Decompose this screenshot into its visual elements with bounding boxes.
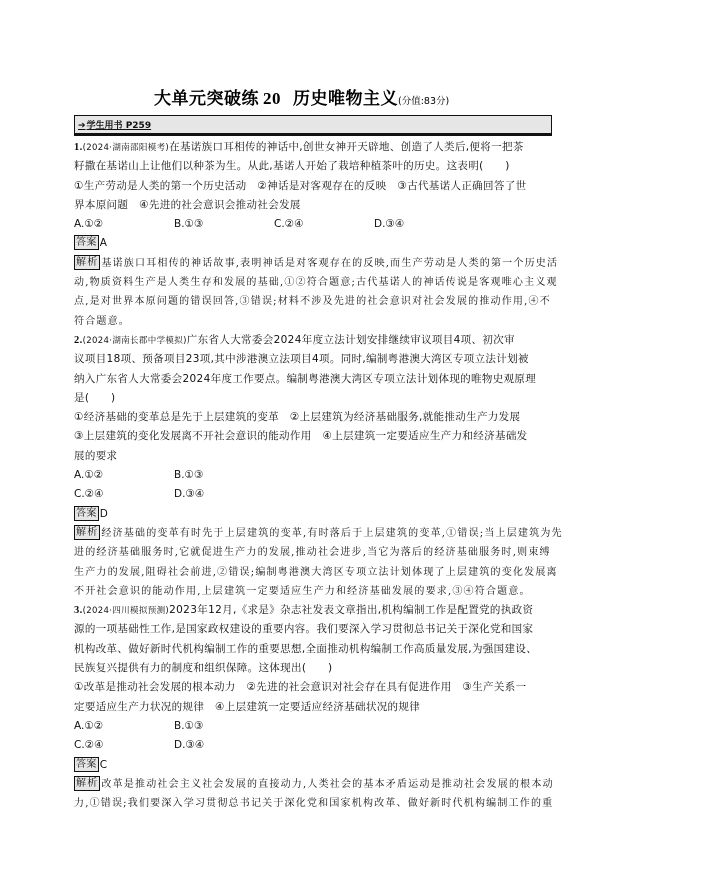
analysis-line: 不开社会意识的能动作用,上层建筑一定要适应生产力和经济基础发展的要求,③④符合题… (74, 582, 552, 601)
option-c[interactable]: C.②④ (74, 485, 174, 504)
answer-line: 答案A (74, 234, 552, 253)
analysis-line: 动,物质资料生产是人类生存和发展的基础,①②符合题意;古代基诺人的神话传说是客观… (74, 273, 552, 292)
reference-bar: ➔学生用书 P259 (74, 115, 552, 136)
question-source: (2024·四川模拟预测) (83, 606, 170, 616)
arrow-right-icon: ➔ (78, 121, 86, 131)
question-stem-line: 源的一项基础性工作,是国家政权建设的重要内容。我们要深入学习贯彻总书记关于深化党… (74, 620, 552, 639)
page-title: 大单元突破练20历史唯物主义(分值:83分) (154, 84, 449, 109)
analysis-line: 力,①错误;我们要深入学习贯彻总书记关于深化党和国家机构改革、做好新时代机构编制… (74, 794, 552, 813)
answer-value: A (100, 237, 108, 249)
answer-tag: 答案 (74, 235, 99, 250)
analysis-text: 经济基础的变革有时先于上层建筑的变革,有时落后于上层建筑的变革,①错误;当上层建… (101, 528, 562, 539)
question-stem-line: 机构改革、做好新时代机构编制工作的重要思想,全面推动机构编制工作高质量发展,为强… (74, 640, 552, 659)
analysis-tag: 解析 (74, 255, 100, 270)
answer-tag: 答案 (74, 757, 99, 772)
question-3: 3.(2024·四川模拟预测)2023年12月,《求是》杂志社发表文章指出,机构… (74, 601, 552, 813)
question-stem-line: 是( ) (74, 389, 552, 408)
title-main: 大单元突破练 (154, 89, 259, 109)
answer-line: 答案C (74, 756, 552, 775)
analysis-tag: 解析 (74, 525, 100, 540)
analysis-line: 进的经济基础服务时,它就促进生产力的发展,推动社会进步,当它为落后的经济基础服务… (74, 543, 552, 562)
option-d[interactable]: D.③④ (174, 736, 274, 755)
question-stem-line: 展的要求 (74, 447, 552, 466)
analysis-line: 点,是对世界本原问题的错误回答,③错误;材料不涉及先进的社会意识对社会发展的推动… (74, 292, 552, 311)
option-d[interactable]: D.③④ (174, 485, 274, 504)
question-stem-line: 籽撒在基诺山上让他们以种茶为生。从此,基诺人开始了栽培种植茶叶的历史。这表明( … (74, 157, 552, 176)
option-c[interactable]: C.②④ (74, 736, 174, 755)
option-a[interactable]: A.①② (74, 215, 174, 234)
question-source: (2024·湖南邵阳模考) (83, 143, 170, 153)
question-stem-line: 2.(2024·湖南长郡中学模拟)广东省人大常委会2024年度立法计划安排继续审… (74, 331, 552, 350)
question-number: 2. (74, 335, 83, 346)
options-row: A.①② B.①③ (74, 466, 552, 485)
reference-label: 学生用书 (87, 121, 123, 131)
answer-line: 答案D (74, 505, 552, 524)
analysis-line: 解析基诺族口耳相传的神话故事,表明神话是对客观存在的反映,而生产劳动是人类的第一… (74, 254, 552, 273)
question-stem-line: 议项目18项、预备项目23项,其中涉港澳立法项目4项。同时,编制粤港澳大湾区专项… (74, 350, 552, 369)
question-stem-line: 1.(2024·湖南邵阳模考)在基诺族口耳相传的神话中,创世女神开天辟地、创造了… (74, 138, 552, 157)
answer-tag: 答案 (74, 506, 99, 521)
options-row: A.①② B.①③ C.②④ D.③④ (74, 215, 552, 234)
analysis-line: 符合题意。 (74, 312, 552, 331)
student-book-link[interactable]: ➔学生用书 P259 (78, 118, 151, 131)
options-row: C.②④ D.③④ (74, 736, 552, 755)
option-a[interactable]: A.①② (74, 717, 174, 736)
question-stem-line: ①改革是推动社会发展的根本动力 ②先进的社会意识对社会存在具有促进作用 ③生产关… (74, 678, 552, 697)
analysis-line: 生产力的发展,阻碍社会前进,②错误;编制粤港澳大湾区专项立法计划体现了上层建筑的… (74, 563, 552, 582)
question-number: 3. (74, 605, 83, 616)
question-stem-line: 定要适应生产力状况的规律 ④上层建筑一定要适应经济基础状况的规律 (74, 698, 552, 717)
options-row: A.①② B.①③ (74, 717, 552, 736)
analysis-text: 改革是推动社会主义社会发展的直接动力,人类社会的基本矛盾运动是推动社会发展的根本… (101, 779, 553, 790)
option-c[interactable]: C.②④ (274, 215, 374, 234)
question-text: 广东省人大常委会2024年度立法计划安排继续审议项目4项、初次审 (187, 334, 515, 346)
question-stem-line: ①生产劳动是人类的第一个历史活动 ②神话是对客观存在的反映 ③古代基诺人正确回答… (74, 177, 552, 196)
option-d[interactable]: D.③④ (374, 215, 474, 234)
option-b[interactable]: B.①③ (174, 717, 274, 736)
question-stem-line: 3.(2024·四川模拟预测)2023年12月,《求是》杂志社发表文章指出,机构… (74, 601, 552, 620)
option-a[interactable]: A.①② (74, 466, 174, 485)
questions-content: 1.(2024·湖南邵阳模考)在基诺族口耳相传的神话中,创世女神开天辟地、创造了… (74, 138, 552, 813)
question-stem-line: ③上层建筑的变化发展离不开社会意识的能动作用 ④上层建筑一定要适应生产力和经济基… (74, 427, 552, 446)
title-score: (分值:83分) (398, 96, 449, 107)
option-b[interactable]: B.①③ (174, 215, 274, 234)
title-number: 20 (263, 89, 281, 108)
analysis-tag: 解析 (74, 776, 100, 791)
options-row: C.②④ D.③④ (74, 485, 552, 504)
analysis-text: 基诺族口耳相传的神话故事,表明神话是对客观存在的反映,而生产劳动是人类的第一个历… (101, 258, 558, 269)
analysis-line: 解析改革是推动社会主义社会发展的直接动力,人类社会的基本矛盾运动是推动社会发展的… (74, 775, 552, 794)
answer-value: D (100, 508, 108, 520)
analysis-line: 解析经济基础的变革有时先于上层建筑的变革,有时落后于上层建筑的变革,①错误;当上… (74, 524, 552, 543)
question-2: 2.(2024·湖南长郡中学模拟)广东省人大常委会2024年度立法计划安排继续审… (74, 331, 552, 601)
title-topic: 历史唯物主义 (293, 89, 398, 109)
reference-page: P259 (126, 121, 151, 131)
question-text: 2023年12月,《求是》杂志社发表文章指出,机构编制工作是配置党的执政资 (169, 604, 533, 616)
option-b[interactable]: B.①③ (174, 466, 274, 485)
answer-value: C (100, 759, 108, 771)
question-stem-line: 民族复兴提供有力的制度和组织保障。这体现出( ) (74, 659, 552, 678)
question-number: 1. (74, 142, 83, 153)
question-stem-line: 纳入广东省人大常委会2024年度工作要点。编制粤港澳大湾区专项立法计划体现的唯物… (74, 370, 552, 389)
question-source: (2024·湖南长郡中学模拟) (83, 336, 187, 346)
question-stem-line: 界本原问题 ④先进的社会意识会推动社会发展 (74, 196, 552, 215)
question-1: 1.(2024·湖南邵阳模考)在基诺族口耳相传的神话中,创世女神开天辟地、创造了… (74, 138, 552, 331)
question-stem-line: ①经济基础的变革总是先于上层建筑的变革 ②上层建筑为经济基础服务,就能推动生产力… (74, 408, 552, 427)
question-text: 在基诺族口耳相传的神话中,创世女神开天辟地、创造了人类后,便将一把茶 (169, 141, 524, 153)
